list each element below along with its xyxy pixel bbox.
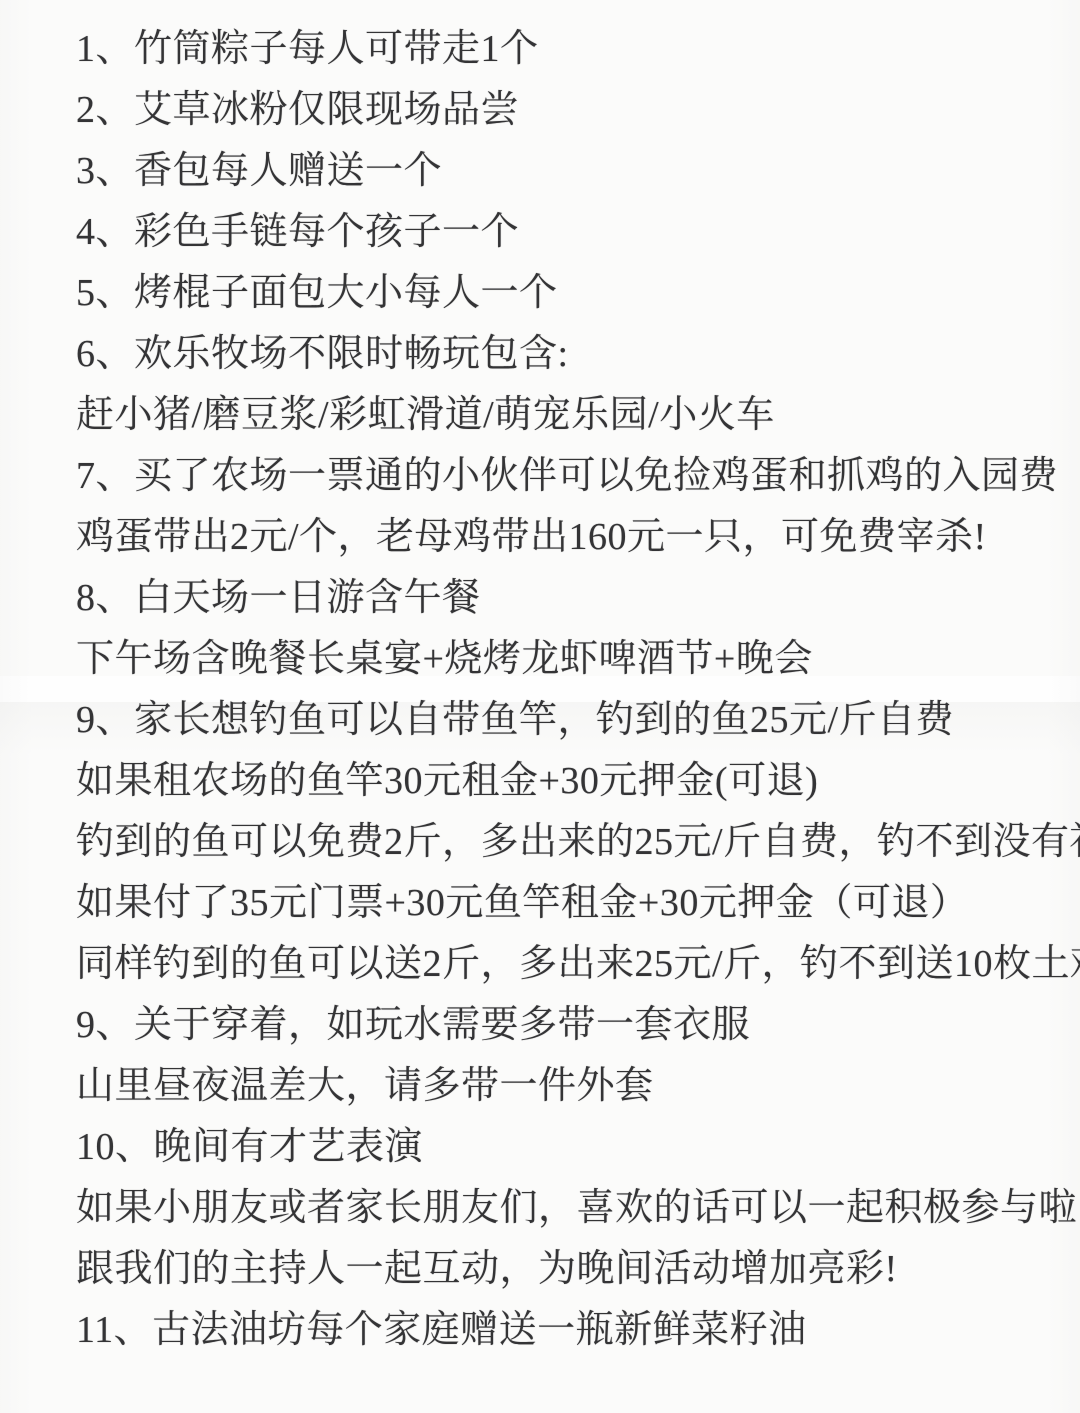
text-line: 1、竹筒粽子每人可带走1个 <box>76 19 1080 80</box>
text-line: 钓到的鱼可以免费2斤，多出来的25元/斤自费，钓不到没有补偿 <box>76 812 1080 873</box>
text-line: 11、古法油坊每个家庭赠送一瓶新鲜菜籽油 <box>76 1300 1080 1361</box>
text-line: 8、白天场一日游含午餐 <box>76 568 1080 629</box>
text-line: 山里昼夜温差大，请多带一件外套 <box>76 1056 1080 1117</box>
text-line: 6、欢乐牧场不限时畅玩包含: <box>76 324 1080 385</box>
text-line: 9、关于穿着，如玩水需要多带一套衣服 <box>76 995 1080 1056</box>
notes-list: 1、竹筒粽子每人可带走1个2、艾草冰粉仅限现场品尝3、香包每人赠送一个4、彩色手… <box>76 19 1080 1361</box>
text-line: 如果付了35元门票+30元鱼竿租金+30元押金（可退） <box>76 873 1080 934</box>
text-line: 7、买了农场一票通的小伙伴可以免捡鸡蛋和抓鸡的入园费 <box>76 446 1080 507</box>
text-line: 赶小猪/磨豆浆/彩虹滑道/萌宠乐园/小火车 <box>76 385 1080 446</box>
text-line: 同样钓到的鱼可以送2斤，多出来25元/斤，钓不到送10枚土鸡蛋 <box>76 934 1080 995</box>
text-line: 如果租农场的鱼竿30元租金+30元押金(可退) <box>76 751 1080 812</box>
text-line: 3、香包每人赠送一个 <box>76 141 1080 202</box>
text-line: 10、晚间有才艺表演 <box>76 1117 1080 1178</box>
text-line: 下午场含晚餐长桌宴+烧烤龙虾啤酒节+晚会 <box>76 629 1080 690</box>
text-line: 如果小朋友或者家长朋友们，喜欢的话可以一起积极参与啦! <box>76 1178 1080 1239</box>
text-line: 跟我们的主持人一起互动，为晚间活动增加亮彩! <box>76 1239 1080 1300</box>
text-line: 2、艾草冰粉仅限现场品尝 <box>76 80 1080 141</box>
text-line: 鸡蛋带出2元/个，老母鸡带出160元一只，可免费宰杀! <box>76 507 1080 568</box>
document-page: 1、竹筒粽子每人可带走1个2、艾草冰粉仅限现场品尝3、香包每人赠送一个4、彩色手… <box>0 0 1080 1413</box>
text-line: 4、彩色手链每个孩子一个 <box>76 202 1080 263</box>
text-line: 5、烤棍子面包大小每人一个 <box>76 263 1080 324</box>
text-line: 9、家长想钓鱼可以自带鱼竿，钓到的鱼25元/斤自费 <box>76 690 1080 751</box>
